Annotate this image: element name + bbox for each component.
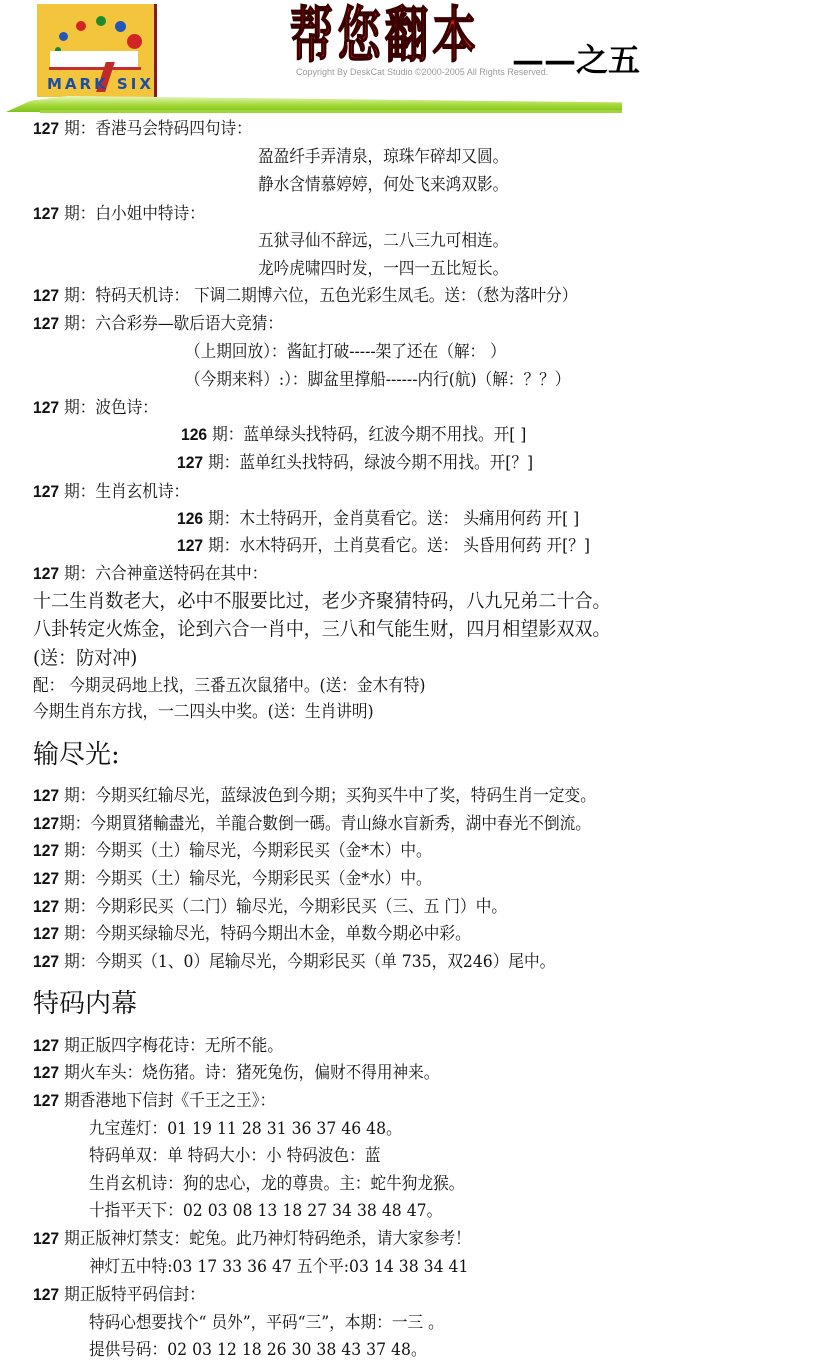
section-header: 127 期：波色诗： xyxy=(33,397,158,419)
verse-line: 今期生肖东方找，一二四头中奖。(送：生肖讲明) xyxy=(33,701,374,723)
poem-line: 龙吟虎啸四时发，一四一五比短长。 xyxy=(258,258,508,280)
logo-underline xyxy=(49,67,141,70)
riddle-line: （上期回放）：酱缸打破-----架了还在（解： ） xyxy=(185,341,506,363)
envelope-line: 特码单双：单 特码大小：小 特码波色：蓝 xyxy=(89,1145,380,1167)
insider-row: 127 期香港地下信封《千王之王》： xyxy=(33,1090,275,1112)
verse-line: 十二生肖数老大，必中不服要比过，老少齐聚猜特码，八九兄弟二十合。 xyxy=(33,590,611,612)
logo-watermark-block xyxy=(50,51,138,68)
banner-copyright: Copyright By DeskCat Studio ©2000-2005 A… xyxy=(296,66,548,78)
logo-dot-icon xyxy=(59,32,68,41)
section-heading-insider: 特码内幕 xyxy=(33,987,137,1021)
poem-line: 盈盈纤手弄清泉，琼珠乍碎却又圆。 xyxy=(258,146,508,168)
section-header: 127 期：六合彩券—歇后语大竞猜： xyxy=(33,313,283,335)
zodiac-row: 126 期：木土特码开，金肖莫看它。送： 头痛用何药 开[ ] xyxy=(177,508,579,530)
lose-all-row: 127 期：今期彩民买（二门）输尽光，今期彩民买（三、五 门）中。 xyxy=(33,896,507,918)
section-heading-lose-all: 输尽光: xyxy=(33,738,120,772)
poem-line: 静水含情慕婷婷，何处飞来鸿双影。 xyxy=(258,174,508,196)
lose-all-row: 127 期：今期买（1、0）尾输尽光，今期彩民买（单 735，双246）尾中。 xyxy=(33,951,555,973)
green-divider xyxy=(40,110,622,113)
logo-dot-icon xyxy=(76,21,86,31)
insider-row: 127 期正版特平码信封： xyxy=(33,1284,205,1306)
envelope-line: 提供号码：02 03 12 18 26 30 38 43 37 48。 xyxy=(89,1339,427,1361)
envelope-line: 九宝莲灯：01 19 11 28 31 36 37 46 48。 xyxy=(89,1118,402,1140)
mark-six-logo: MARK SIX xyxy=(37,4,157,97)
envelope-line: 十指平天下：02 03 08 13 18 27 34 38 48 47。 xyxy=(89,1200,442,1222)
wave-color-row: 127 期：蓝单红头找特码，绿波今期不用找。开[？] xyxy=(177,452,533,474)
section-header: 127 期：白小姐中特诗： xyxy=(33,203,205,225)
banner: MARK SIX 帮您翻本 ——之五 Copyright By DeskCat … xyxy=(0,0,625,118)
wave-color-row: 126 期：蓝单绿头找特码，红波今期不用找。开[ ] xyxy=(181,424,526,446)
lose-all-row: 127 期：今期买红输尽光，蓝绿波色到今期；买狗买牛中了奖，特码生肖一定变。 xyxy=(33,785,596,807)
lamp-line: 神灯五中特:03 17 33 36 47 五个平:03 14 38 34 41 xyxy=(89,1256,468,1278)
logo-dot-icon xyxy=(96,16,106,26)
riddle-line: （今期来料）:）：脚盆里撑船------内行(航)（解：？？） xyxy=(185,369,570,391)
banner-title: 帮您翻本 xyxy=(290,0,480,72)
insider-row: 127 期正版四字梅花诗：无所不能。 xyxy=(33,1035,283,1057)
poem-line: 五狱寻仙不辞远，二八三九可相连。 xyxy=(258,230,508,252)
section-header: 127 期：香港马会特码四句诗： xyxy=(33,118,252,140)
lose-all-row: 127 期：今期买（土）输尽光，今期彩民买（金*水）中。 xyxy=(33,868,432,890)
lose-all-row: 127 期：今期买绿输尽光，特码今期出木金，单数今期必中彩。 xyxy=(33,923,471,945)
lose-all-row: 127期：今期買猪輸盡光，羊龍合數倒一碼。青山綠水盲新秀，湖中春光不倒流。 xyxy=(33,813,591,835)
envelope-line: 生肖玄机诗：狗的忠心，龙的尊贵。主：蛇牛狗龙猴。 xyxy=(89,1173,464,1195)
section-header: 127 期：特码天机诗： 下调二期博六位，五色光彩生凤毛。送：（愁为落叶分） xyxy=(33,285,577,307)
lose-all-row: 127 期：今期买（土）输尽光，今期彩民买（金*木）中。 xyxy=(33,840,432,862)
insider-row: 127 期火车头：烧伤猪。诗：猪死兔伤，偏财不得用神来。 xyxy=(33,1062,439,1084)
envelope-line: 特码心想要找个“ 员外”，平码“三”，本期：一三 。 xyxy=(89,1312,444,1334)
verse-line: (送：防对冲) xyxy=(33,647,137,669)
logo-text: MARK SIX xyxy=(47,75,154,93)
insider-row: 127 期正版神灯禁支：蛇兔。此乃神灯特码绝杀，请大家参考！ xyxy=(33,1228,471,1250)
logo-dot-icon xyxy=(127,34,142,49)
section-header: 127 期：生肖玄机诗： xyxy=(33,481,189,503)
logo-dot-icon xyxy=(115,21,126,32)
verse-line: 配： 今期灵码地上找，三番五次鼠猪中。(送：金木有特) xyxy=(33,675,426,697)
section-header: 127 期：六合神童送特码在其中： xyxy=(33,563,267,585)
verse-line: 八卦转定火炼金，论到六合一肖中，三八和气能生财，四月相望影双双。 xyxy=(33,618,611,640)
zodiac-row: 127 期：水木特码开，土肖莫看它。送： 头昏用何药 开[？] xyxy=(177,535,590,557)
